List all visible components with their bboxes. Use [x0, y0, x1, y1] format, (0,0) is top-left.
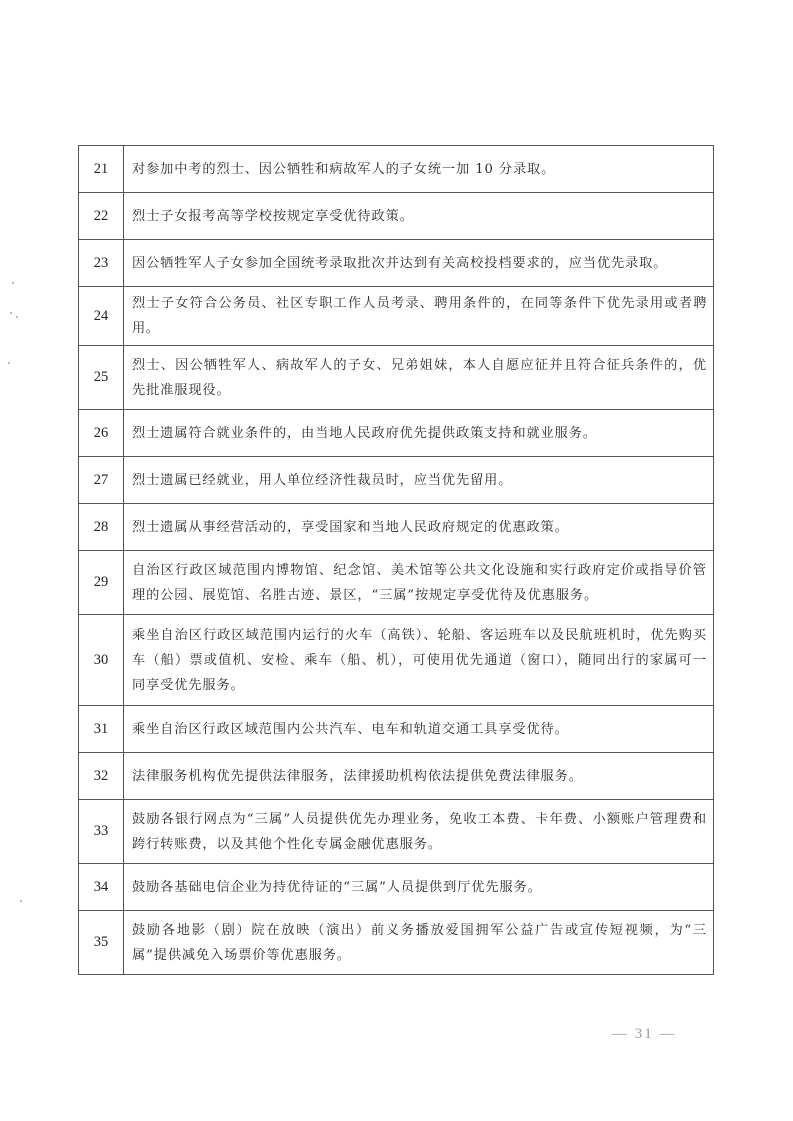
row-number: 23 — [79, 240, 124, 287]
row-content: 自治区行政区域范围内博物馆、纪念馆、美术馆等公共文化设施和实行政府定价或指导价管… — [124, 551, 714, 615]
row-number: 28 — [79, 504, 124, 551]
table-row: 26 烈士遗属符合就业条件的，由当地人民政府优先提供政策支持和就业服务。 — [79, 410, 714, 457]
row-number: 33 — [79, 800, 124, 864]
table-row: 21 对参加中考的烈士、因公牺牲和病故军人的子女统一加 10 分录取。 — [79, 146, 714, 193]
row-number: 21 — [79, 146, 124, 193]
table-row: 25 烈士、因公牺牲军人、病故军人的子女、兄弟姐妹，本人自愿应征并且符合征兵条件… — [79, 346, 714, 410]
table-row: 28 烈士遗属从事经营活动的，享受国家和当地人民政府规定的优惠政策。 — [79, 504, 714, 551]
table-row: 35 鼓励各地影（剧）院在放映（演出）前义务播放爱国拥军公益广告或宣传短视频，为… — [79, 911, 714, 975]
table-row: 27 烈士遗属已经就业，用人单位经济性裁员时，应当优先留用。 — [79, 457, 714, 504]
table-row: 23 因公牺牲军人子女参加全国统考录取批次并达到有关高校投档要求的，应当优先录取… — [79, 240, 714, 287]
row-number: 22 — [79, 193, 124, 240]
row-content: 乘坐自治区行政区域范围内公共汽车、电车和轨道交通工具享受优待。 — [124, 706, 714, 753]
row-content: 烈士遗属已经就业，用人单位经济性裁员时，应当优先留用。 — [124, 457, 714, 504]
table-row: 31 乘坐自治区行政区域范围内公共汽车、电车和轨道交通工具享受优待。 — [79, 706, 714, 753]
scan-speck — [12, 282, 14, 284]
row-content: 烈士、因公牺牲军人、病故军人的子女、兄弟姐妹，本人自愿应征并且符合征兵条件的，优… — [124, 346, 714, 410]
row-number: 29 — [79, 551, 124, 615]
table-row: 29 自治区行政区域范围内博物馆、纪念馆、美术馆等公共文化设施和实行政府定价或指… — [79, 551, 714, 615]
row-content: 鼓励各银行网点为“三属”人员提供优先办理业务，免收工本费、卡年费、小额账户管理费… — [124, 800, 714, 864]
table-row: 22 烈士子女报考高等学校按规定享受优待政策。 — [79, 193, 714, 240]
table-row: 30 乘坐自治区行政区域范围内运行的火车（高铁）、轮船、客运班车以及民航班机时，… — [79, 615, 714, 706]
row-number: 34 — [79, 864, 124, 911]
row-content: 烈士子女报考高等学校按规定享受优待政策。 — [124, 193, 714, 240]
row-number: 35 — [79, 911, 124, 975]
table-row: 32 法律服务机构优先提供法律服务，法律援助机构依法提供免费法律服务。 — [79, 753, 714, 800]
row-content: 鼓励各地影（剧）院在放映（演出）前义务播放爱国拥军公益广告或宣传短视频，为“三属… — [124, 911, 714, 975]
row-content: 因公牺牲军人子女参加全国统考录取批次并达到有关高校投档要求的，应当优先录取。 — [124, 240, 714, 287]
row-content: 烈士遗属符合就业条件的，由当地人民政府优先提供政策支持和就业服务。 — [124, 410, 714, 457]
row-content: 法律服务机构优先提供法律服务，法律援助机构依法提供免费法律服务。 — [124, 753, 714, 800]
row-content: 烈士子女符合公务员、社区专职工作人员考录、聘用条件的，在同等条件下优先录用或者聘… — [124, 287, 714, 346]
row-content: 乘坐自治区行政区域范围内运行的火车（高铁）、轮船、客运班车以及民航班机时，优先购… — [124, 615, 714, 706]
row-content: 烈士遗属从事经营活动的，享受国家和当地人民政府规定的优惠政策。 — [124, 504, 714, 551]
row-number: 32 — [79, 753, 124, 800]
row-number: 24 — [79, 287, 124, 346]
table-row: 24 烈士子女符合公务员、社区专职工作人员考录、聘用条件的，在同等条件下优先录用… — [79, 287, 714, 346]
row-number: 30 — [79, 615, 124, 706]
scan-speck — [16, 316, 18, 318]
table-row: 33 鼓励各银行网点为“三属”人员提供优先办理业务，免收工本费、卡年费、小额账户… — [79, 800, 714, 864]
row-number: 26 — [79, 410, 124, 457]
row-content: 对参加中考的烈士、因公牺牲和病故军人的子女统一加 10 分录取。 — [124, 146, 714, 193]
row-number: 27 — [79, 457, 124, 504]
document-page: 21 对参加中考的烈士、因公牺牲和病故军人的子女统一加 10 分录取。 22 烈… — [0, 0, 793, 1121]
scan-speck — [20, 900, 22, 902]
row-content: 鼓励各基础电信企业为持优待证的“三属”人员提供到厅优先服务。 — [124, 864, 714, 911]
row-number: 25 — [79, 346, 124, 410]
page-number: — 31 — — [612, 1026, 677, 1043]
scan-speck — [8, 362, 10, 364]
scan-speck — [10, 312, 12, 314]
table-row: 34 鼓励各基础电信企业为持优待证的“三属”人员提供到厅优先服务。 — [79, 864, 714, 911]
row-number: 31 — [79, 706, 124, 753]
benefits-table: 21 对参加中考的烈士、因公牺牲和病故军人的子女统一加 10 分录取。 22 烈… — [78, 145, 714, 975]
